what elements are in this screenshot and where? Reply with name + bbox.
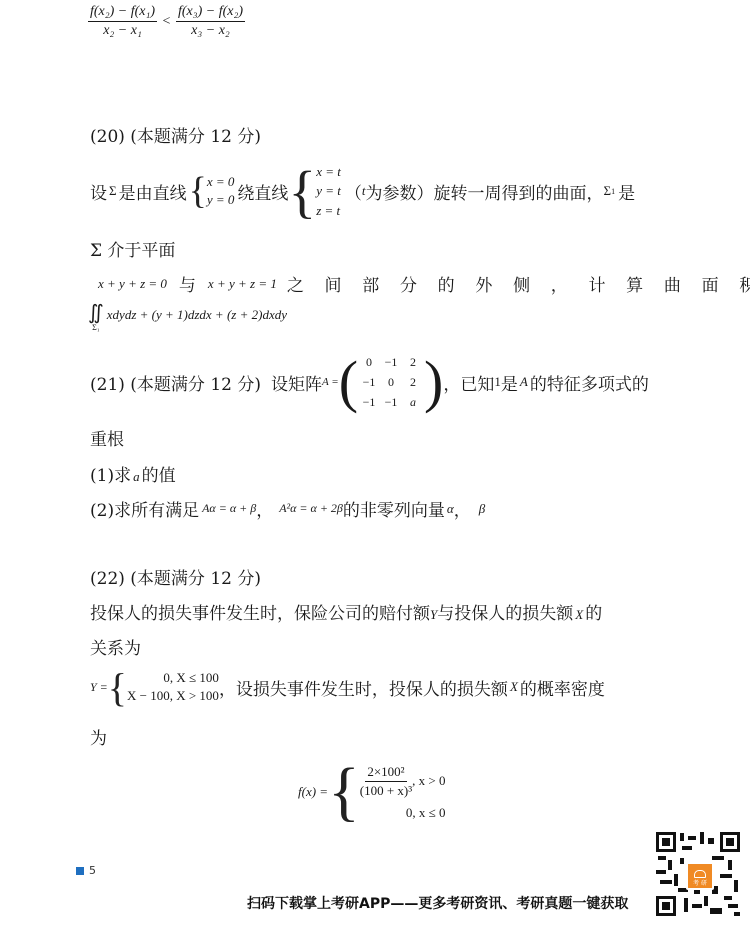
q20-line2: Σ 介于平面 xyxy=(90,236,175,261)
left-brace: { xyxy=(108,664,127,711)
page-number: 5 xyxy=(89,864,96,877)
promo-text: 扫码下载掌上考研APP——更多考研资讯、考研真题一键获取 xyxy=(247,893,628,913)
q22-heading: (22) (本题满分 12 分) xyxy=(90,564,261,589)
qr-logo-icon: 考 研 xyxy=(686,862,714,890)
left-fraction: f(x₂) − f(x₁) x₂ − x₁ xyxy=(88,4,157,39)
left-paren: ( xyxy=(339,353,358,411)
q22-line2: 关系为 xyxy=(90,634,141,659)
right-paren: ) xyxy=(424,353,443,411)
q20-heading: (20) (本题满分 12 分) xyxy=(90,122,261,147)
left-brace: { xyxy=(328,759,360,825)
density-fraction: 2×100² (100 + x)³ xyxy=(360,764,412,799)
density-cases: 2×100² (100 + x)³ , x > 0 0, x ≤ 0 xyxy=(360,764,446,821)
piecewise-Y: 0, X ≤ 100 X − 100, X > 100 xyxy=(127,669,219,704)
matrix-A: 0 −1 2 −1 0 2 −1 −1 a xyxy=(358,352,424,412)
q20-line3: x + y + z = 0 与 x + y + z = 1 之 间 部 分 的 … xyxy=(98,271,663,296)
qr-code[interactable]: 考 研 xyxy=(654,830,742,918)
q22-line4: 为 xyxy=(90,724,107,749)
page-marker xyxy=(76,867,84,875)
q21-part2: (2)求所有满足 Aα = α + β ， A²α = α + 2β 的非零列向… xyxy=(90,496,485,521)
surface-integral: ∬ Σ₁ xdydz + (y + 1)dzdx + (z + 2)dxdy xyxy=(88,303,287,332)
left-brace: { xyxy=(288,158,316,225)
q21-line1: (21) (本题满分 12 分) 设矩阵 A = ( 0 −1 2 −1 0 2… xyxy=(90,352,649,412)
density-function: f(x) = { 2×100² (100 + x)³ , x > 0 0, x … xyxy=(298,758,445,826)
q22-line1: 投保人的损失事件发生时，保险公司的赔付额Y与投保人的损失额X的 xyxy=(90,599,602,624)
line-system-1: x = 0 y = 0 xyxy=(207,173,235,208)
left-brace: { xyxy=(189,169,207,213)
line-system-2: x = t y = t z = t xyxy=(316,162,341,221)
q21-part1: (1)求a的值 xyxy=(90,461,176,486)
top-inequality: f(x₂) − f(x₁) x₂ − x₁ < f(x₃) − f(x₂) x₃… xyxy=(88,4,245,39)
q22-line3: Y = { 0, X ≤ 100 X − 100, X > 100 ，设损失事件… xyxy=(90,664,605,710)
right-fraction: f(x₃) − f(x₂) x₃ − x₂ xyxy=(176,4,245,39)
double-integral-sign: ∬ xyxy=(88,303,104,323)
q21-line2: 重根 xyxy=(90,425,124,450)
q20-line1: 设 Σ 是由直线 { x = 0 y = 0 绕直线 { x = t y = t… xyxy=(90,158,635,224)
